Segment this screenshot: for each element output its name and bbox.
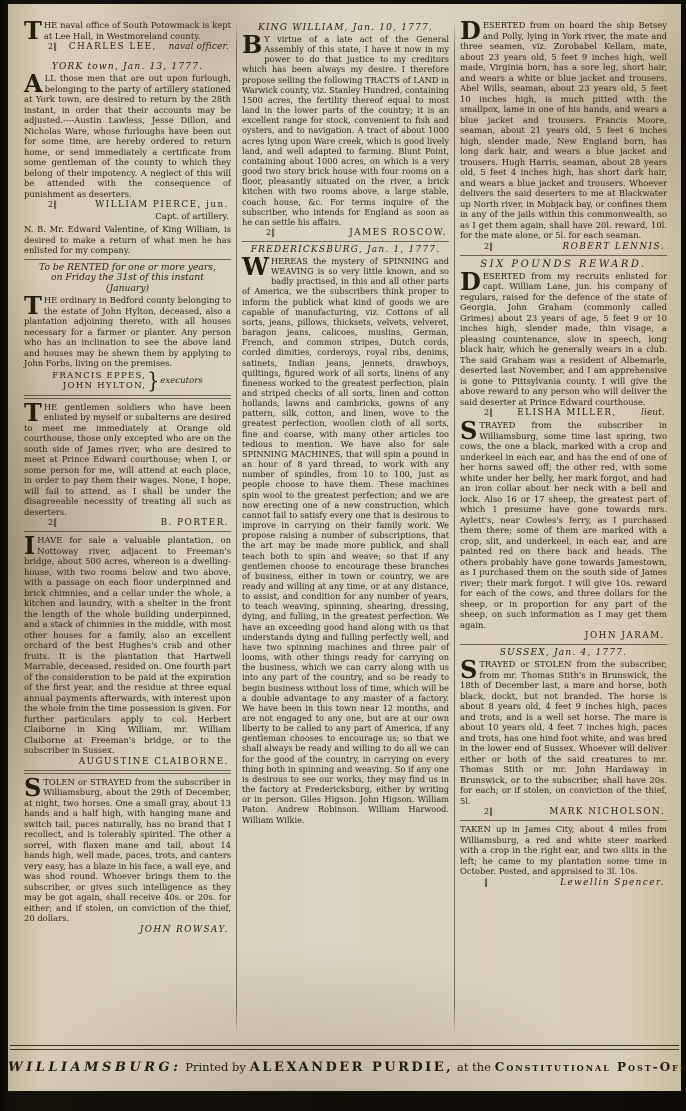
spacer: [24, 54, 231, 59]
signature-name: WILLIAM PIERCE, jun.: [95, 200, 229, 210]
divider: [460, 644, 667, 645]
drop-cap: W: [242, 256, 271, 277]
divider: [24, 395, 231, 399]
ad-nottoway-plantation: IHAVE for sale a valuable plantation, on…: [24, 535, 231, 767]
executors-label: executors: [160, 376, 203, 386]
ad-body: THE gentlemen soldiers who have been enl…: [24, 402, 231, 518]
brace-glyph: }: [147, 368, 159, 393]
signature-role: naval officer.: [169, 42, 229, 52]
column-rule: [236, 20, 237, 1036]
divider: [24, 259, 231, 260]
ad-text: TRAYED or STOLEN from the subscriber, fr…: [460, 659, 667, 806]
signature: 2‖ WILLIAM PIERCE, jun.: [48, 200, 229, 210]
signature-name: JOHN JARAM.: [460, 631, 665, 641]
column-2: KING WILLIAM, Jan. 10, 1777. BY virtue o…: [238, 20, 453, 1036]
imprint-city: WILLIAMSBURG:: [8, 1060, 181, 1075]
ad-text: Y virtue of a late act of the General As…: [242, 34, 449, 227]
drop-cap: S: [24, 777, 43, 798]
ad-deserted-seamen: DESERTED from on board the ship Betsey a…: [460, 20, 667, 252]
ad-text: HE gentlemen soldiers who have been enli…: [24, 402, 231, 517]
ad-text: HEREAS the mystery of SPINNING and WEAVI…: [242, 256, 449, 825]
ad-heading: To be RENTED for one or more years, on F…: [32, 263, 223, 295]
insertion-mark: 2‖: [48, 200, 57, 209]
ad-heading: SIX POUNDS REWARD.: [460, 259, 667, 270]
ad-york-artillery: YORK town, Jan. 13, 1777. ALL those men …: [24, 62, 231, 256]
divider: [24, 770, 231, 774]
insertion-mark: 2‖: [48, 518, 57, 527]
insertion-mark: 2‖: [48, 42, 57, 51]
signature-name: CHARLES LEE,: [69, 42, 157, 52]
signature-role: Capt. of artillery.: [24, 212, 229, 222]
newspaper-scan: THE naval office of South Potowmack is k…: [0, 0, 686, 1111]
newspaper-page: THE naval office of South Potowmack is k…: [8, 4, 681, 1091]
column-3: DESERTED from on board the ship Betsey a…: [456, 20, 671, 1036]
column-rule: [454, 20, 455, 1036]
ad-text: HAVE for sale a valuable plantation, on …: [24, 535, 231, 755]
imprint-printed-by: Printed by: [185, 1060, 246, 1074]
insertion-mark: 2‖: [484, 408, 493, 417]
signature-name: ROBERT LENNIS.: [563, 242, 666, 252]
ad-text: ESERTED from my recruits enlisted for ca…: [460, 271, 667, 407]
ad-strayed-mare-horse: SUSSEX, Jan. 4, 1777. STRAYED or STOLEN …: [460, 648, 667, 817]
executor-names: FRANCIS EPPES, JOHN HYLTON,: [52, 371, 146, 391]
executors-block: FRANCIS EPPES, JOHN HYLTON, } executors: [24, 370, 231, 392]
ad-body: STRAYED from the subscriber in Williamsb…: [460, 420, 667, 630]
imprint-at-the: at the: [457, 1060, 491, 1074]
columns: THE naval office of South Potowmack is k…: [20, 20, 673, 1036]
ad-king-william-land: KING WILLIAM, Jan. 10, 1777. BY virtue o…: [242, 23, 449, 238]
nota-bene: N. B. Mr. Edward Valentine, of King Will…: [24, 224, 231, 256]
ad-text: TOLEN or STRAYED from the subscriber in …: [24, 777, 231, 924]
signature-name: AUGUSTINE CLAIBORNE.: [24, 757, 229, 767]
ad-text: LL those men that are out upon furlough,…: [24, 73, 231, 199]
signature-name: JOHN ROWSAY.: [24, 925, 229, 935]
signature: 2‖ MARK NICHOLSON.: [484, 807, 665, 817]
signature: 2‖ ROBERT LENNIS.: [484, 242, 665, 252]
signature: 2‖ CHARLES LEE, naval officer.: [48, 42, 229, 52]
insertion-mark: 2‖: [484, 807, 493, 816]
ad-body: BY virtue of a late act of the General A…: [242, 34, 449, 227]
signature-name: ELISHA MILLER,: [517, 408, 617, 418]
drop-cap: D: [460, 271, 483, 292]
insertion-mark: 2‖: [266, 228, 275, 237]
drop-cap: I: [24, 535, 37, 556]
ad-body: STRAYED or STOLEN from the subscriber, f…: [460, 659, 667, 806]
signature-name: JAMES ROSCOW.: [349, 228, 447, 238]
drop-cap: A: [24, 73, 45, 94]
executor-name: FRANCIS EPPES,: [52, 371, 146, 381]
imprint-footer: WILLIAMSBURG: Printed by ALEXANDER PURDI…: [8, 1045, 681, 1087]
ad-spinning-weaving: FREDERICKSBURG, Jan. 1, 1777. WHEREAS th…: [242, 245, 449, 825]
drop-cap: D: [460, 20, 483, 41]
ad-taken-up-steer: TAKEN up in James City, about 4 miles fr…: [460, 824, 667, 888]
ad-strayed-cows-sheep: STRAYED from the subscriber in Williamsb…: [460, 420, 667, 641]
drop-cap: T: [24, 295, 44, 316]
column-1: THE naval office of South Potowmack is k…: [20, 20, 235, 1036]
signature-role: lieut.: [641, 408, 665, 418]
ad-naval-office: THE naval office of South Potowmack is k…: [24, 20, 231, 52]
signature: 2‖ B. PORTER.: [48, 518, 229, 528]
ad-body: DESERTED from my recruits enlisted for c…: [460, 271, 667, 408]
drop-cap: T: [24, 402, 44, 423]
signature: 2‖ ELISHA MILLER, lieut.: [484, 408, 665, 418]
ad-stolen-horses: STOLEN or STRAYED from the subscriber in…: [24, 777, 231, 935]
ad-body: STOLEN or STRAYED from the subscriber in…: [24, 777, 231, 924]
insertion-mark: ‖: [484, 878, 488, 887]
signature-name: B. PORTER.: [161, 518, 229, 528]
dateline: YORK town, Jan. 13, 1777.: [24, 62, 231, 72]
drop-cap: T: [24, 20, 44, 41]
signature-name: MARK NICHOLSON.: [549, 807, 665, 817]
imprint-line: WILLIAMSBURG: Printed by ALEXANDER PURDI…: [8, 1060, 681, 1075]
ad-body: ALL those men that are out upon furlough…: [24, 73, 231, 199]
footer-rule: [10, 1045, 679, 1050]
signature: 2‖ JAMES ROSCOW.: [266, 228, 447, 238]
ad-body: DESERTED from on board the ship Betsey a…: [460, 20, 667, 241]
ad-text: HE naval office of South Potowmack is ke…: [44, 20, 231, 41]
ad-body: IHAVE for sale a valuable plantation, on…: [24, 535, 231, 756]
imprint-office-name: Constitutional Post-Office.: [495, 1060, 686, 1074]
divider: [460, 255, 667, 256]
ad-text: ESERTED from on board the ship Betsey an…: [460, 20, 667, 240]
divider: [242, 241, 449, 242]
ad-body: TAKEN up in James City, about 4 miles fr…: [460, 824, 667, 877]
signature-name: Lewellin Spencer.: [560, 878, 665, 888]
executor-name: JOHN HYLTON,: [52, 381, 146, 391]
dateline: FREDERICKSBURG, Jan. 1, 1777.: [242, 245, 449, 255]
drop-cap: S: [460, 659, 479, 680]
signature: ‖ Lewellin Spencer.: [484, 878, 665, 888]
ad-gentlemen-soldiers: THE gentlemen soldiers who have been enl…: [24, 402, 231, 529]
ad-body: THE naval office of South Potowmack is k…: [24, 20, 231, 41]
ad-body: THE ordinary in Bedford county belonging…: [24, 295, 231, 369]
imprint-printer-name: ALEXANDER PURDIE,: [250, 1060, 453, 1075]
drop-cap: B: [242, 34, 264, 55]
insertion-mark: 2‖: [484, 242, 493, 251]
dateline: KING WILLIAM, Jan. 10, 1777.: [242, 23, 449, 33]
dateline: SUSSEX, Jan. 4, 1777.: [460, 648, 667, 658]
drop-cap: S: [460, 420, 479, 441]
divider: [24, 531, 231, 532]
ad-six-pounds-reward: SIX POUNDS REWARD. DESERTED from my recr…: [460, 259, 667, 419]
divider: [460, 820, 667, 821]
ad-body: WHEREAS the mystery of SPINNING and WEAV…: [242, 256, 449, 825]
ad-text: HE ordinary in Bedford county belonging …: [24, 295, 231, 368]
ad-to-be-rented: To be RENTED for one or more years, on F…: [24, 263, 231, 392]
ad-text: TRAYED from the subscriber in Williamsbu…: [460, 420, 667, 630]
